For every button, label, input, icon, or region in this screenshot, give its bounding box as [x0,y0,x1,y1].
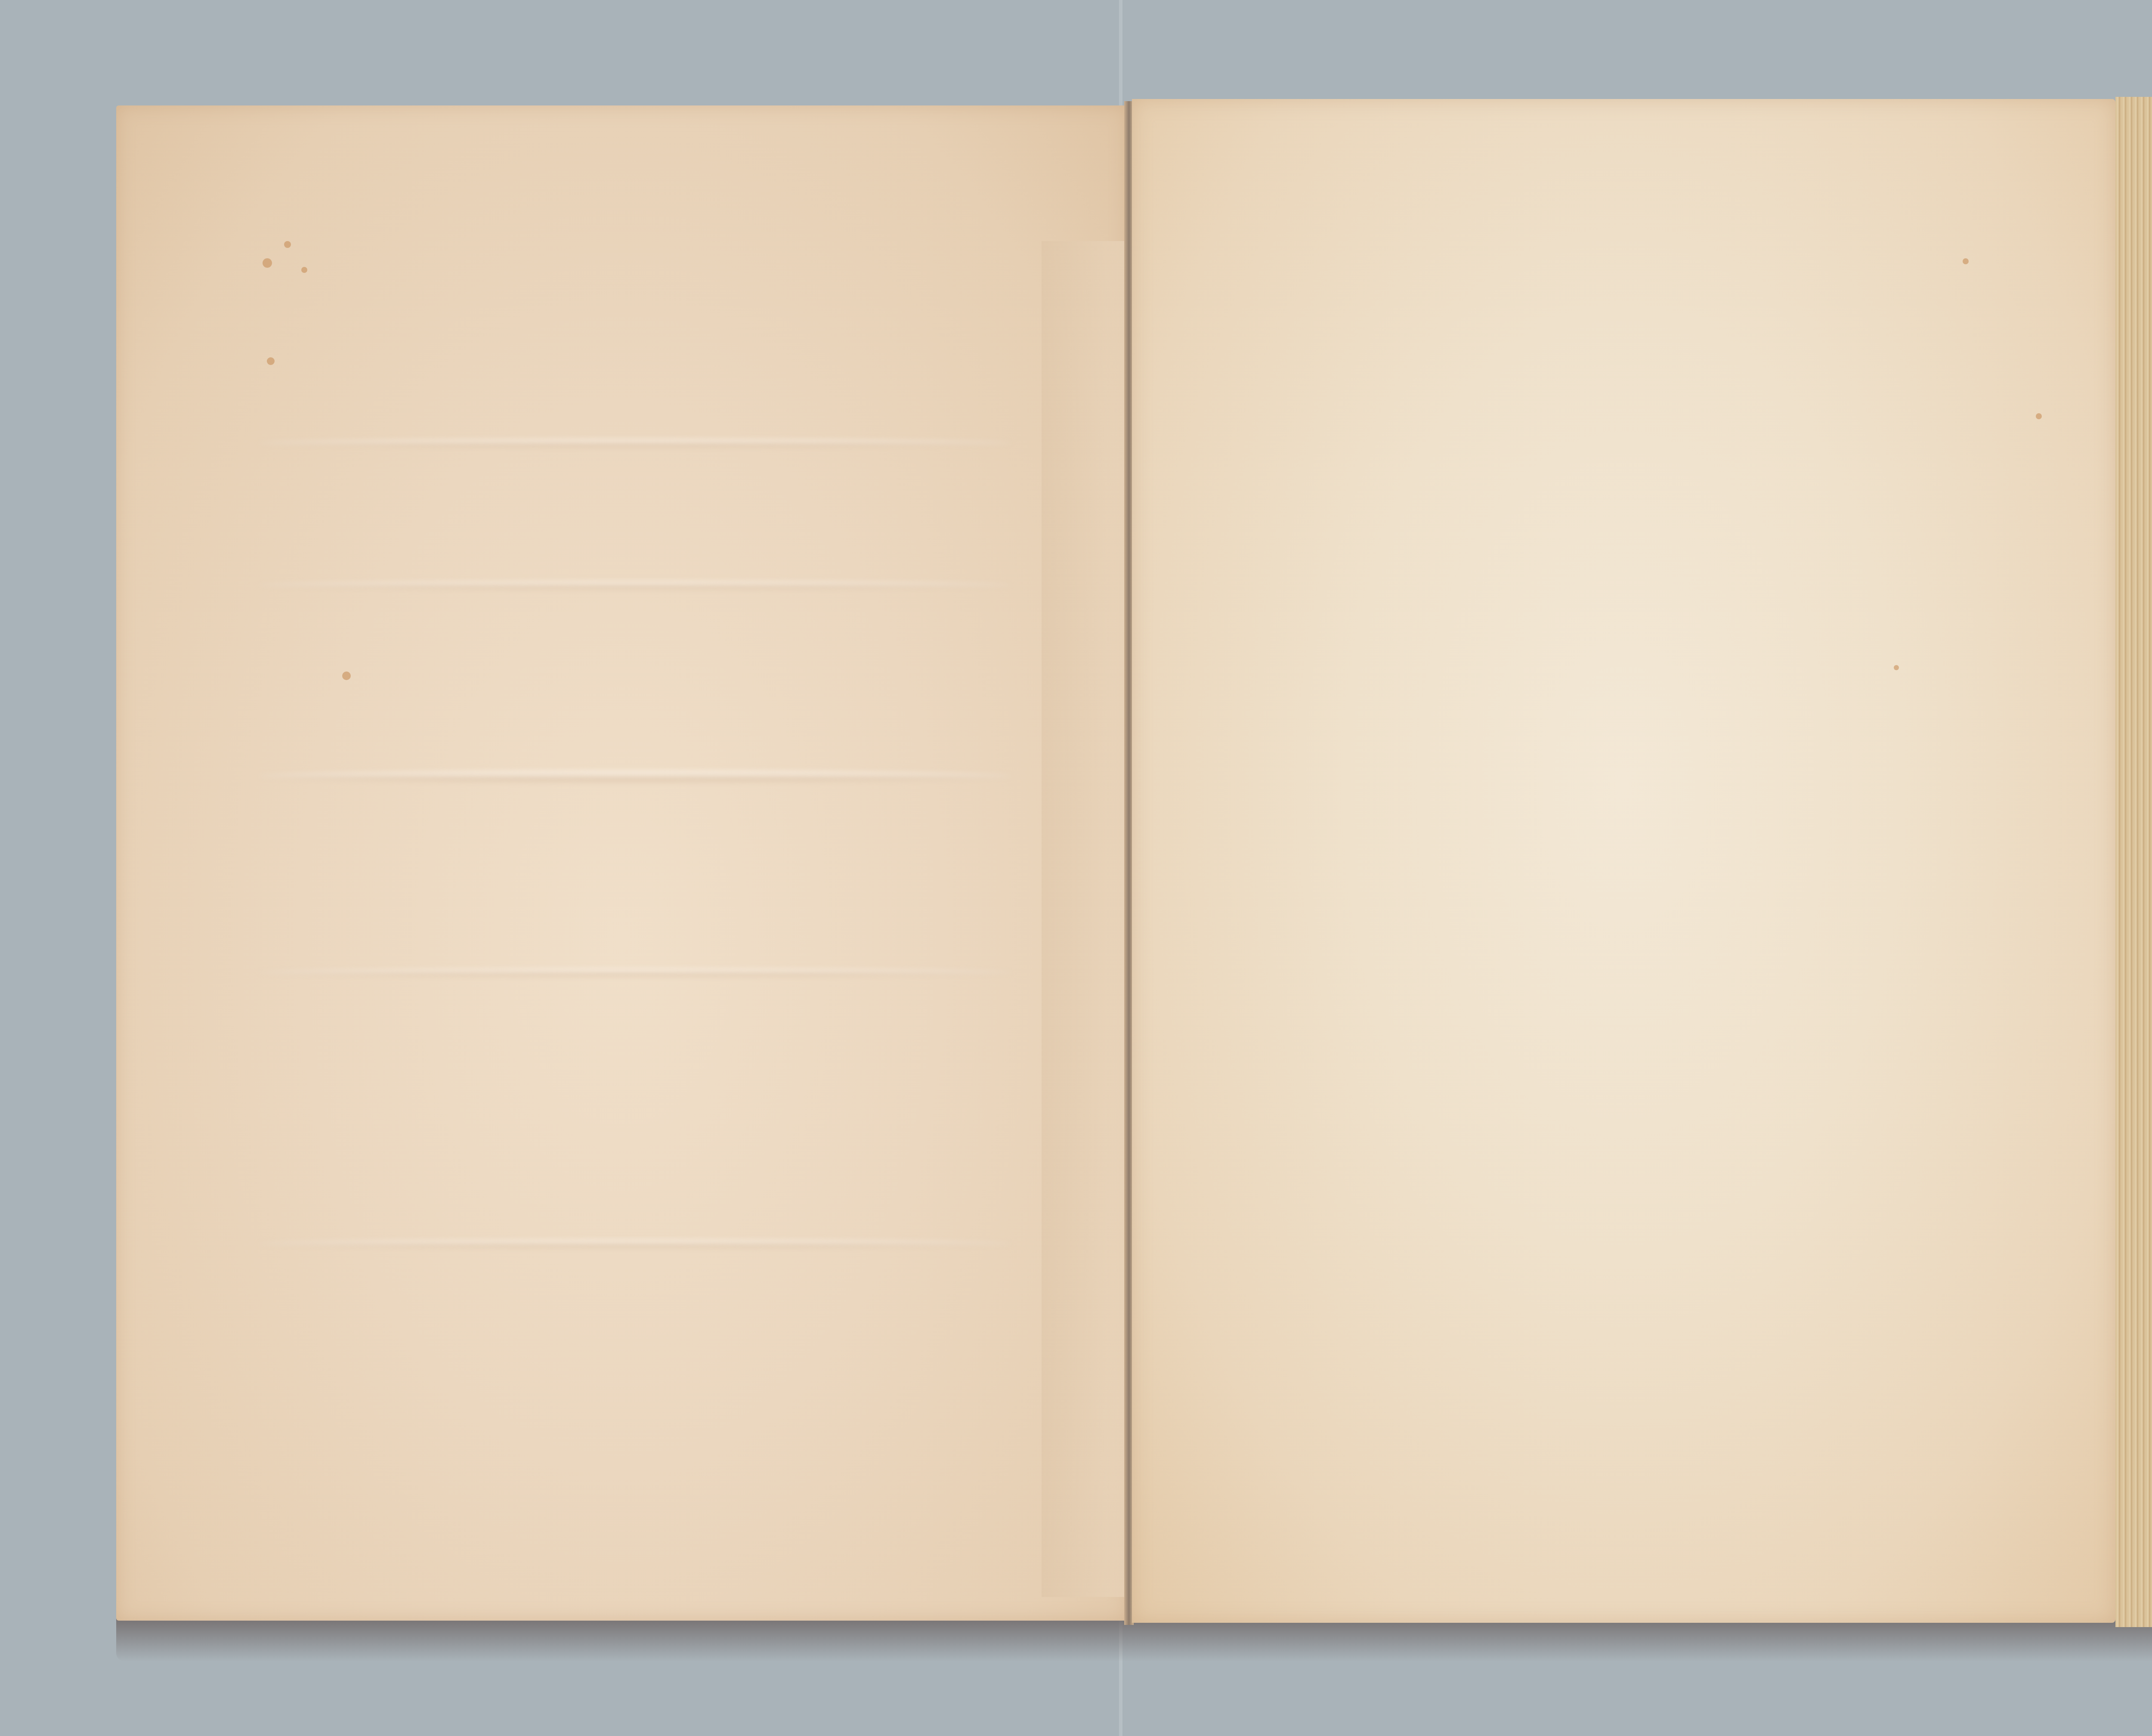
page-block-edge [2115,97,2152,1627]
foxing-spot [284,241,291,248]
foxing-spot [1894,665,1899,670]
foxing-spot [301,267,307,273]
paper-wrinkle [258,969,1011,976]
paper-crease [258,771,1011,782]
foxing-spot [2036,413,2042,419]
left-page [116,105,1128,1621]
paper-wrinkle [258,581,1011,589]
foxing-spot [267,357,275,365]
foxing-spot [263,258,272,268]
left-page-binding-strip [1042,241,1128,1597]
paper-wrinkle [258,439,1011,447]
foxing-spot [342,672,351,680]
paper-wrinkle [258,1240,1011,1247]
foxing-spot [1963,258,1969,264]
open-book [0,0,2152,1736]
right-page [1132,99,2115,1623]
